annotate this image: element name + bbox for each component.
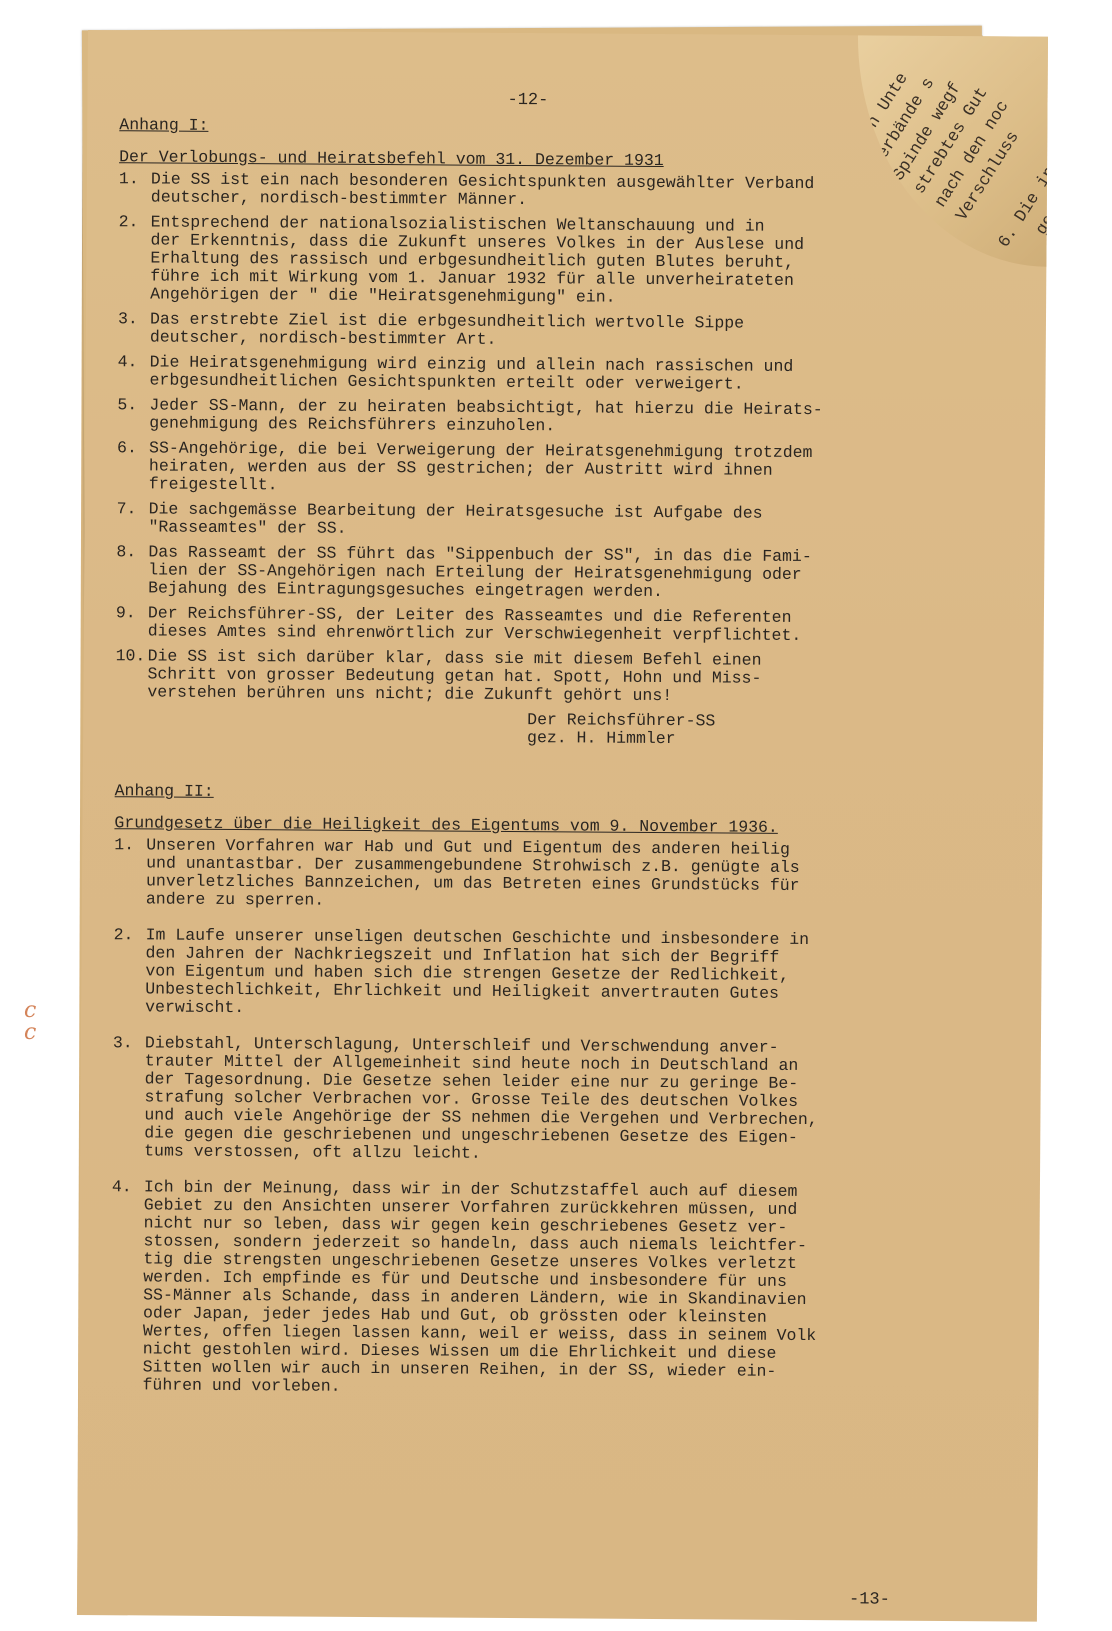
list-item: 6.SS-Angehörige, die bei Verweigerung de… <box>117 439 967 499</box>
list-item: 10.Die SS ist sich darüber klar, dass si… <box>115 647 965 707</box>
item-text: Das erstrebte Ziel ist die erbgesundheit… <box>150 310 968 352</box>
item-number: 2. <box>118 213 151 303</box>
document-page: ordne llen Unte verbände s Spinde wegf s… <box>77 30 1048 1622</box>
item-number: 4. <box>117 353 149 389</box>
appendix-2-label: Anhang II: <box>115 782 965 806</box>
list-item: 1.Die SS ist ein nach besonderen Gesicht… <box>119 170 969 212</box>
item-number: 1. <box>114 836 147 908</box>
item-text: Der Reichsführer-SS, der Leiter des Rass… <box>148 604 966 646</box>
item-text: Im Laufe unserer unseligen deutschen Ges… <box>145 926 964 1022</box>
item-number: 7. <box>116 500 148 536</box>
signature-block: Der Reichsführer-SS gez. H. Himmler <box>527 711 965 750</box>
page-number-top: -12- <box>507 91 548 110</box>
list-item: 2.Entsprechend der nationalsozialistisch… <box>118 213 969 309</box>
list-item: 4.Ich bin der Meinung, dass wir in der S… <box>110 1178 961 1400</box>
item-text: Die SS ist ein nach besonderen Gesichtsp… <box>151 170 969 212</box>
item-text: Die SS ist sich darüber klar, dass sie m… <box>147 647 965 707</box>
item-number: 10. <box>115 647 147 701</box>
item-number: 5. <box>117 396 149 432</box>
item-text: Die sachgemässe Bearbeitung der Heiratsg… <box>148 500 966 542</box>
list-item: 3.Diebstahl, Unterschlagung, Unterschlei… <box>112 1034 963 1166</box>
appendix-2-title: Grundgesetz über die Heiligkeit des Eige… <box>114 814 964 838</box>
appendix-1-label: Anhang I: <box>119 116 969 140</box>
list-item: 1.Unseren Vorfahren war Hab und Gut und … <box>114 836 964 914</box>
item-text: Entsprechend der nationalsozialistischen… <box>150 213 969 309</box>
list-item: 2.Im Laufe unserer unseligen deutschen G… <box>113 926 964 1022</box>
item-text: Jeder SS-Mann, der zu heiraten beabsicht… <box>149 396 967 438</box>
list-item: 7.Die sachgemässe Bearbeitung der Heirat… <box>116 500 966 542</box>
item-number: 6. <box>117 439 149 493</box>
item-number: 4. <box>110 1178 144 1394</box>
document-body: Anhang I: Der Verlobungs- und Heiratsbef… <box>110 116 969 1407</box>
list-item: 3.Das erstrebte Ziel ist die erbgesundhe… <box>118 310 968 352</box>
list-item: 4.Die Heiratsgenehmigung wird einzig und… <box>117 353 967 395</box>
appendix-1-title: Der Verlobungs- und Heiratsbefehl vom 31… <box>119 148 969 172</box>
page-number-bottom: -13- <box>849 1590 890 1609</box>
list-item: 9.Der Reichsführer-SS, der Leiter des Ra… <box>116 604 966 646</box>
item-number: 9. <box>116 604 148 640</box>
list-item: 8.Das Rasseamt der SS führt das "Sippenb… <box>116 543 966 603</box>
item-text: SS-Angehörige, die bei Verweigerung der … <box>149 439 967 499</box>
item-number: 1. <box>119 170 151 206</box>
item-number: 8. <box>116 543 148 597</box>
item-text: Diebstahl, Unterschlagung, Unterschleif … <box>144 1034 963 1166</box>
item-number: 3. <box>112 1034 145 1160</box>
item-text: Die Heiratsgenehmigung wird einzig und a… <box>149 353 967 395</box>
item-number: 2. <box>113 926 146 1016</box>
item-text: Das Rasseamt der SS führt das "Sippenbuc… <box>148 543 966 603</box>
item-text: Ich bin der Meinung, dass wir in der Sch… <box>142 1178 961 1400</box>
margin-pencil-annotation: c c <box>24 1000 36 1044</box>
list-item: 5.Jeder SS-Mann, der zu heiraten beabsic… <box>117 396 967 438</box>
item-text: Unseren Vorfahren war Hab und Gut und Ei… <box>146 836 964 914</box>
item-number: 3. <box>118 310 150 346</box>
